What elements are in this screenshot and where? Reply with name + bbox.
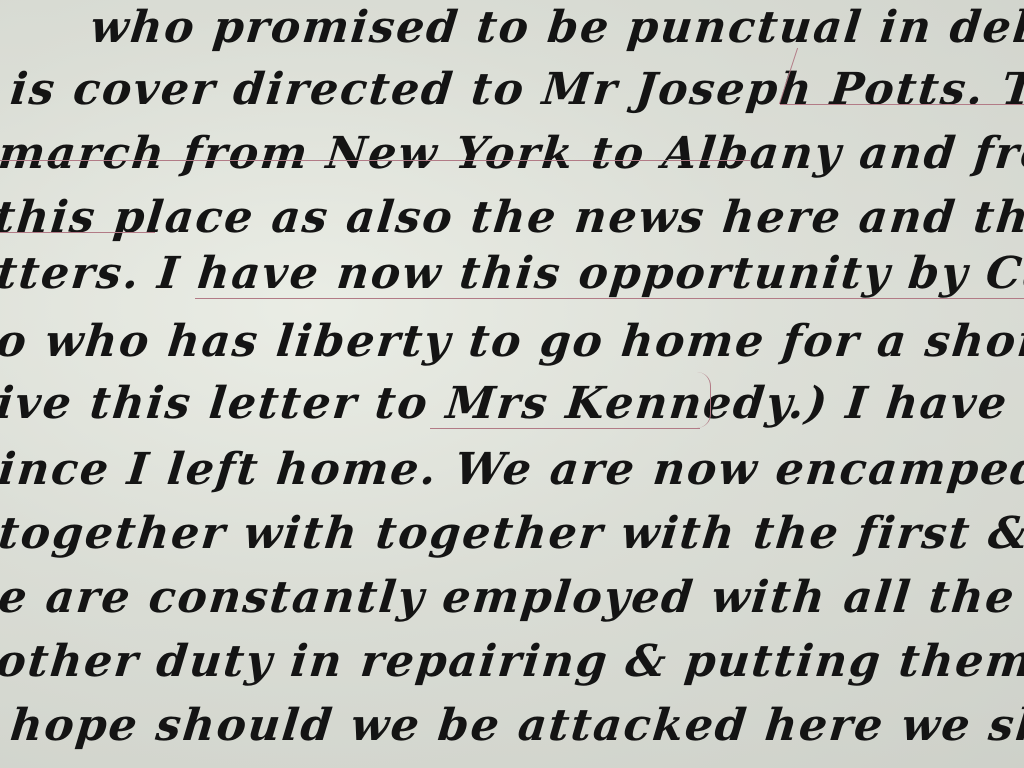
manuscript-line-7: ive this letter to Mrs Kennedy.) I have …	[0, 378, 1024, 429]
manuscript-line-10: e are constantly employed with all the	[0, 572, 1018, 623]
manuscript-page: who promised to be punctual in deliverin…	[0, 0, 1024, 768]
underline-mrs-kennedy	[430, 428, 700, 429]
manuscript-line-9: together with together with the first & …	[0, 508, 1024, 559]
manuscript-line-12: hope should we be attacked here we shall	[8, 700, 1024, 751]
manuscript-line-11: other duty in repairing & putting them i…	[0, 636, 1024, 687]
manuscript-line-3: march from New York to Albany and from	[0, 128, 1024, 179]
bracket-close-mrs-kennedy	[696, 372, 711, 428]
manuscript-line-5: tters. I have now this opportunity by Ca…	[0, 248, 1024, 299]
manuscript-line-2: is cover directed to Mr Joseph Potts. Th…	[8, 64, 1024, 115]
manuscript-line-6: o who has liberty to go home for a short…	[0, 316, 1024, 367]
manuscript-line-4: this place as also the news here and the…	[0, 192, 1024, 243]
manuscript-line-8: ince I left home. We are now encamped cl…	[0, 444, 1024, 495]
underline-these-letters	[780, 104, 1024, 105]
underline-this-place	[0, 232, 155, 233]
underline-march-from-new-york-to-albany	[0, 160, 750, 161]
underline-this-opportunity-by-capt-ripp	[195, 298, 1024, 299]
manuscript-line-1: who promised to be punctual in deliverin…	[88, 2, 1024, 53]
